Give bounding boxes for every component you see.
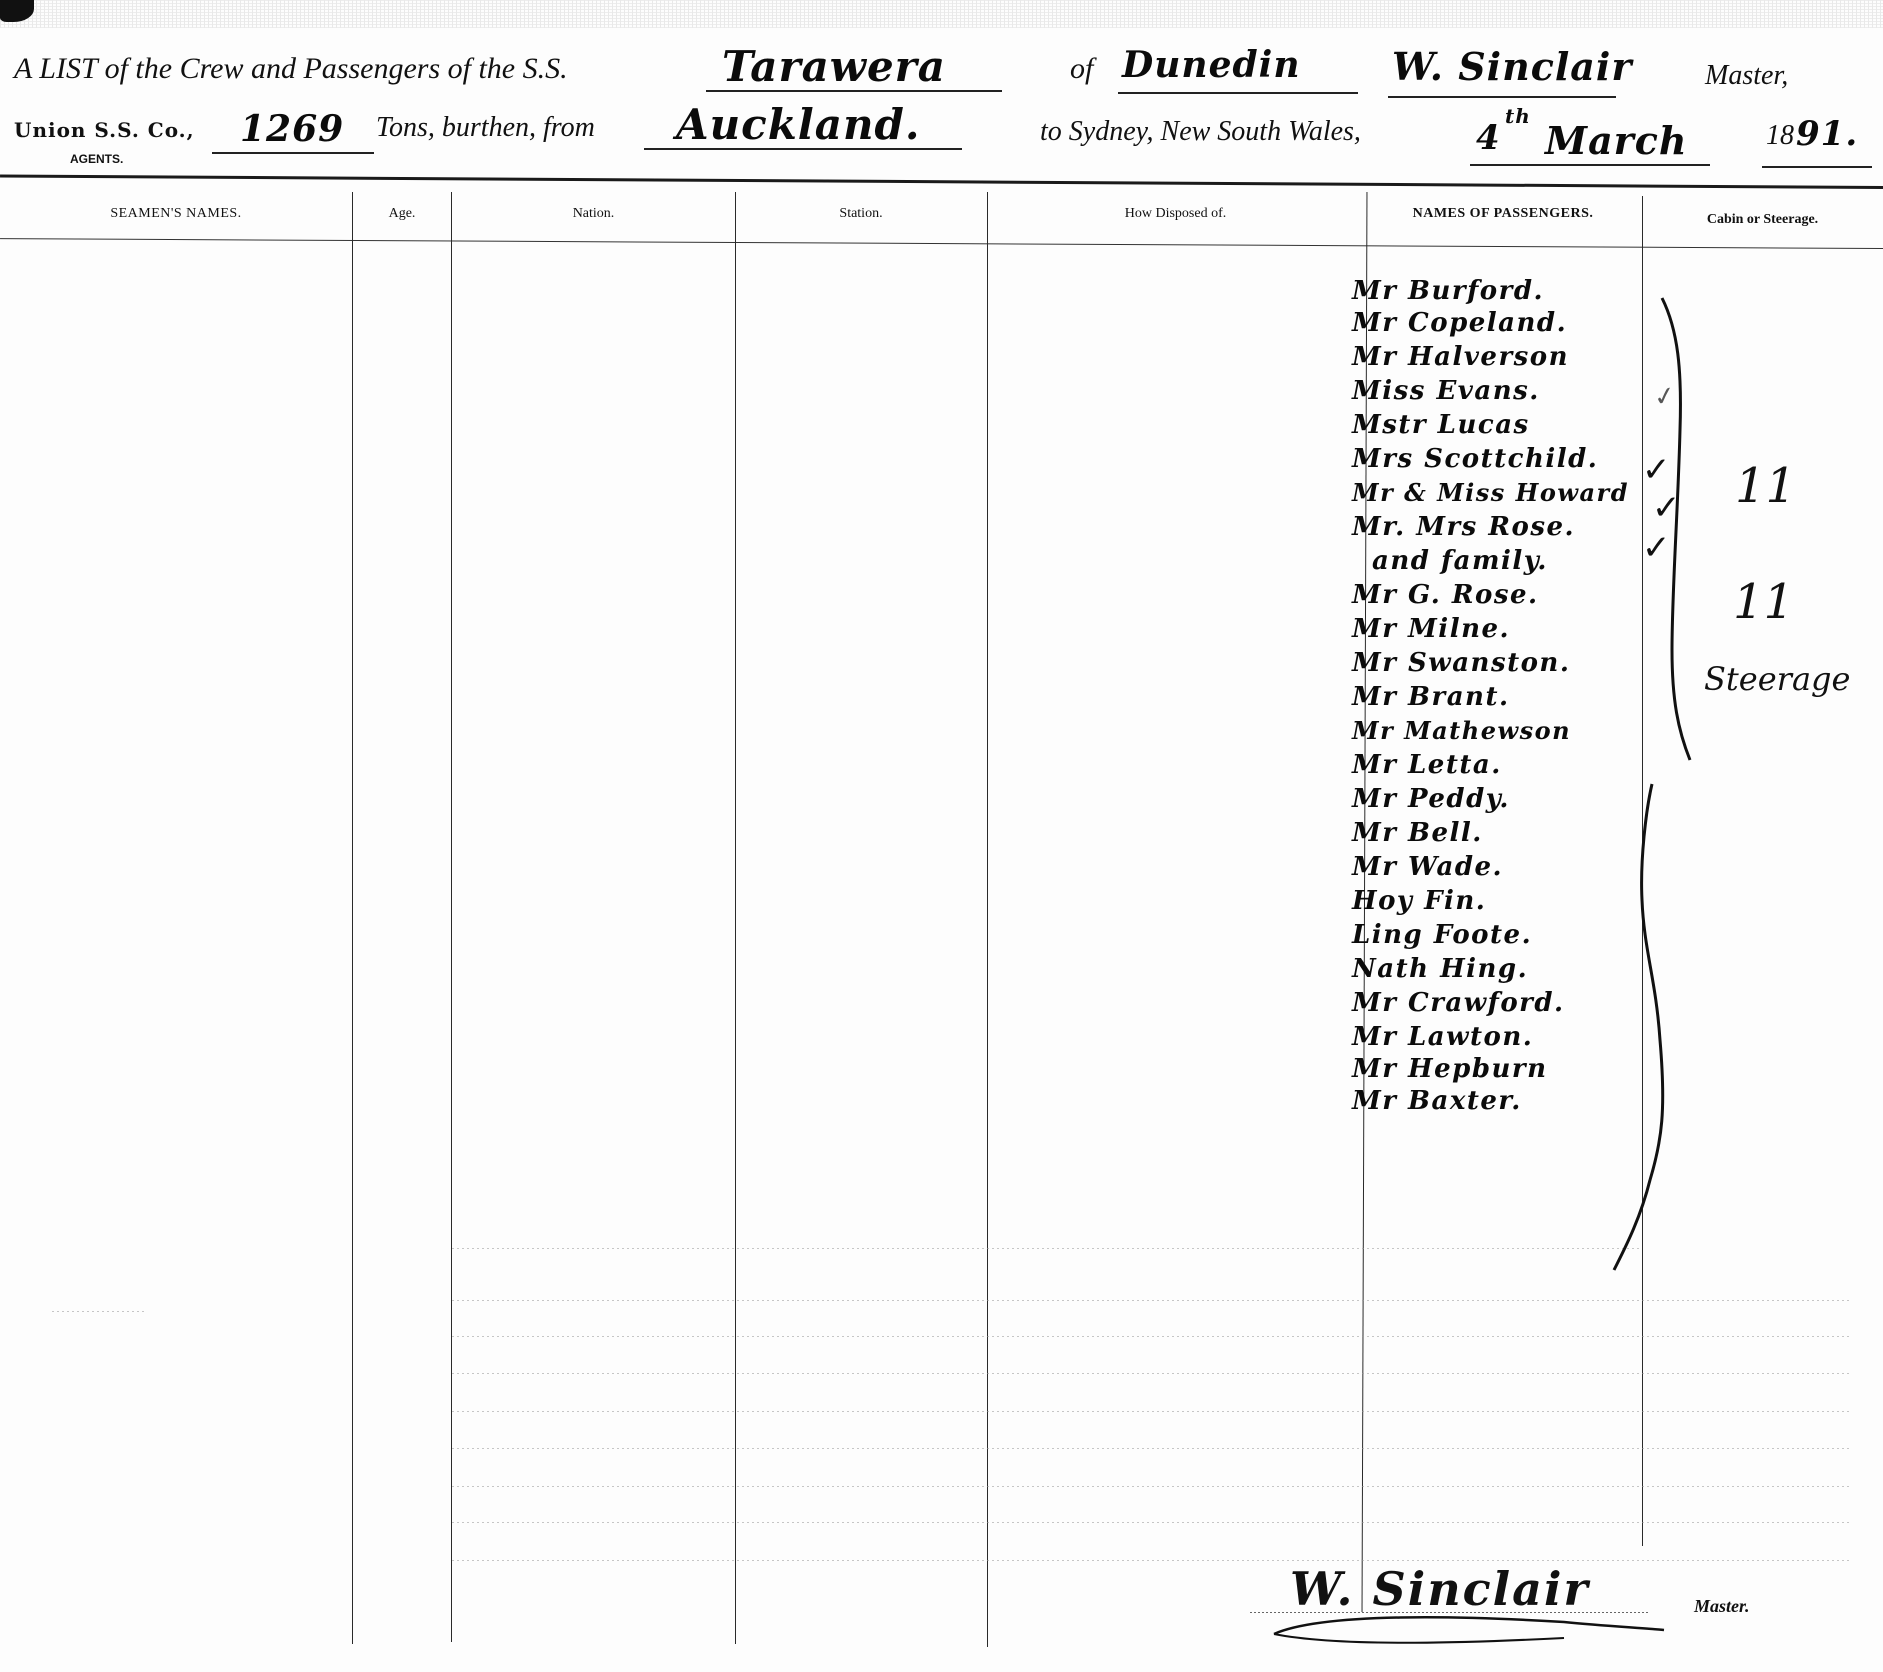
passenger-name: Mr Baxter. bbox=[1352, 1086, 1522, 1116]
passenger-name: Mr Copeland. bbox=[1352, 308, 1567, 338]
passenger-name: Mr Lawton. bbox=[1352, 1022, 1533, 1052]
column-header-cabin-or-steerage: Cabin or Steerage. bbox=[1642, 212, 1883, 228]
master-label: Master, bbox=[1705, 60, 1788, 92]
table-header-bottom-rule bbox=[0, 238, 1883, 249]
agents-name: Union S.S. Co., bbox=[14, 118, 195, 142]
body-rule bbox=[452, 1486, 1852, 1487]
master-underline bbox=[1388, 96, 1616, 98]
passenger-name: Mr Letta. bbox=[1352, 750, 1502, 780]
body-rule bbox=[452, 1522, 1852, 1523]
ship-name: Tarawera bbox=[722, 42, 946, 91]
passenger-name: Mr. Mrs Rose. bbox=[1352, 512, 1575, 542]
passenger-name: Mr Crawford. bbox=[1352, 988, 1565, 1018]
signature-flourish bbox=[1264, 1608, 1684, 1668]
from-port: Auckland. bbox=[676, 100, 921, 149]
year-suffix: 91. bbox=[1796, 114, 1858, 154]
tonnage-underline bbox=[212, 152, 374, 154]
body-rule bbox=[452, 1248, 1642, 1249]
cabin-count-annotation: 11 bbox=[1733, 574, 1794, 630]
brace-steerage-group bbox=[1610, 780, 1670, 1280]
passenger-list-document: A LIST of the Crew and Passengers of the… bbox=[0, 0, 1883, 1672]
column-header-station: Station. bbox=[735, 206, 987, 222]
passenger-name: Mr Peddy. bbox=[1352, 784, 1510, 814]
passenger-name: Mr & Miss Howard bbox=[1352, 478, 1629, 507]
from-port-underline bbox=[644, 148, 962, 150]
body-rule bbox=[452, 1411, 1852, 1412]
to-destination-label: to Sydney, New South Wales, bbox=[1040, 116, 1361, 148]
year-prefix: 18 bbox=[1766, 120, 1794, 152]
header-title-prefix: A LIST of the Crew and Passengers of the… bbox=[14, 52, 568, 86]
column-header-how-disposed: How Disposed of. bbox=[987, 206, 1364, 222]
column-divider-4 bbox=[987, 192, 988, 1647]
body-rule bbox=[452, 1373, 1852, 1374]
passenger-name: Mr Burford. bbox=[1352, 276, 1544, 306]
column-header-age: Age. bbox=[352, 206, 452, 222]
of-label: of bbox=[1070, 52, 1093, 86]
body-rule bbox=[452, 1560, 1852, 1561]
ship-name-underline bbox=[706, 90, 1002, 92]
master-name: W. Sinclair bbox=[1392, 44, 1632, 89]
tonnage: 1269 bbox=[240, 108, 344, 150]
footer-master-label: Master. bbox=[1694, 1596, 1750, 1617]
passenger-name: and family. bbox=[1372, 546, 1548, 576]
column-header-nation: Nation. bbox=[452, 206, 735, 222]
column-header-passenger-names: NAMES OF PASSENGERS. bbox=[1364, 206, 1642, 222]
date-month: March bbox=[1545, 118, 1687, 163]
passenger-name: Mrs Scottchild. bbox=[1352, 444, 1598, 474]
steerage-annotation: Steerage bbox=[1704, 660, 1850, 698]
brace-cabin-group bbox=[1650, 290, 1710, 770]
passenger-name: Hoy Fin. bbox=[1352, 886, 1486, 916]
passenger-name: Mr Hepburn bbox=[1352, 1054, 1548, 1084]
column-divider-2 bbox=[451, 192, 452, 1642]
body-rule bbox=[452, 1300, 1852, 1301]
column-divider-3 bbox=[735, 192, 736, 1644]
column-divider-1 bbox=[352, 192, 353, 1644]
agents-label: AGENTS. bbox=[70, 152, 123, 166]
passenger-name: Mstr Lucas bbox=[1352, 410, 1530, 440]
signature-line bbox=[1250, 1612, 1650, 1613]
passenger-name: Miss Evans. bbox=[1352, 376, 1540, 406]
port-of-registry: Dunedin bbox=[1122, 44, 1301, 86]
passenger-name: Mr Swanston. bbox=[1352, 648, 1570, 678]
body-rule bbox=[52, 1311, 144, 1312]
passenger-name: Mr G. Rose. bbox=[1352, 580, 1539, 610]
table-top-rule bbox=[0, 174, 1883, 189]
column-header-seamen-names: SEAMEN'S NAMES. bbox=[0, 206, 352, 222]
body-rule bbox=[452, 1448, 1852, 1449]
tons-label: Tons, burthen, from bbox=[376, 112, 595, 144]
year-underline bbox=[1762, 166, 1872, 168]
body-rule bbox=[452, 1336, 1852, 1337]
port-underline bbox=[1118, 92, 1358, 94]
passenger-name: Mr Wade. bbox=[1352, 852, 1503, 882]
date-day: 4 bbox=[1476, 118, 1501, 158]
scan-noise-top bbox=[0, 0, 1883, 28]
cabin-count-annotation: 11 bbox=[1735, 458, 1796, 514]
passenger-name: Mr Halverson bbox=[1352, 342, 1569, 372]
passenger-name: Nath Hing. bbox=[1352, 954, 1528, 984]
date-underline bbox=[1470, 164, 1710, 166]
date-day-suffix: th bbox=[1505, 104, 1531, 128]
passenger-name: Mr Milne. bbox=[1352, 614, 1510, 644]
passenger-name: Mr Mathewson bbox=[1352, 716, 1571, 745]
passenger-name: Mr Brant. bbox=[1352, 682, 1510, 712]
passenger-name: Ling Foote. bbox=[1352, 920, 1532, 950]
passenger-name: Mr Bell. bbox=[1352, 818, 1483, 848]
